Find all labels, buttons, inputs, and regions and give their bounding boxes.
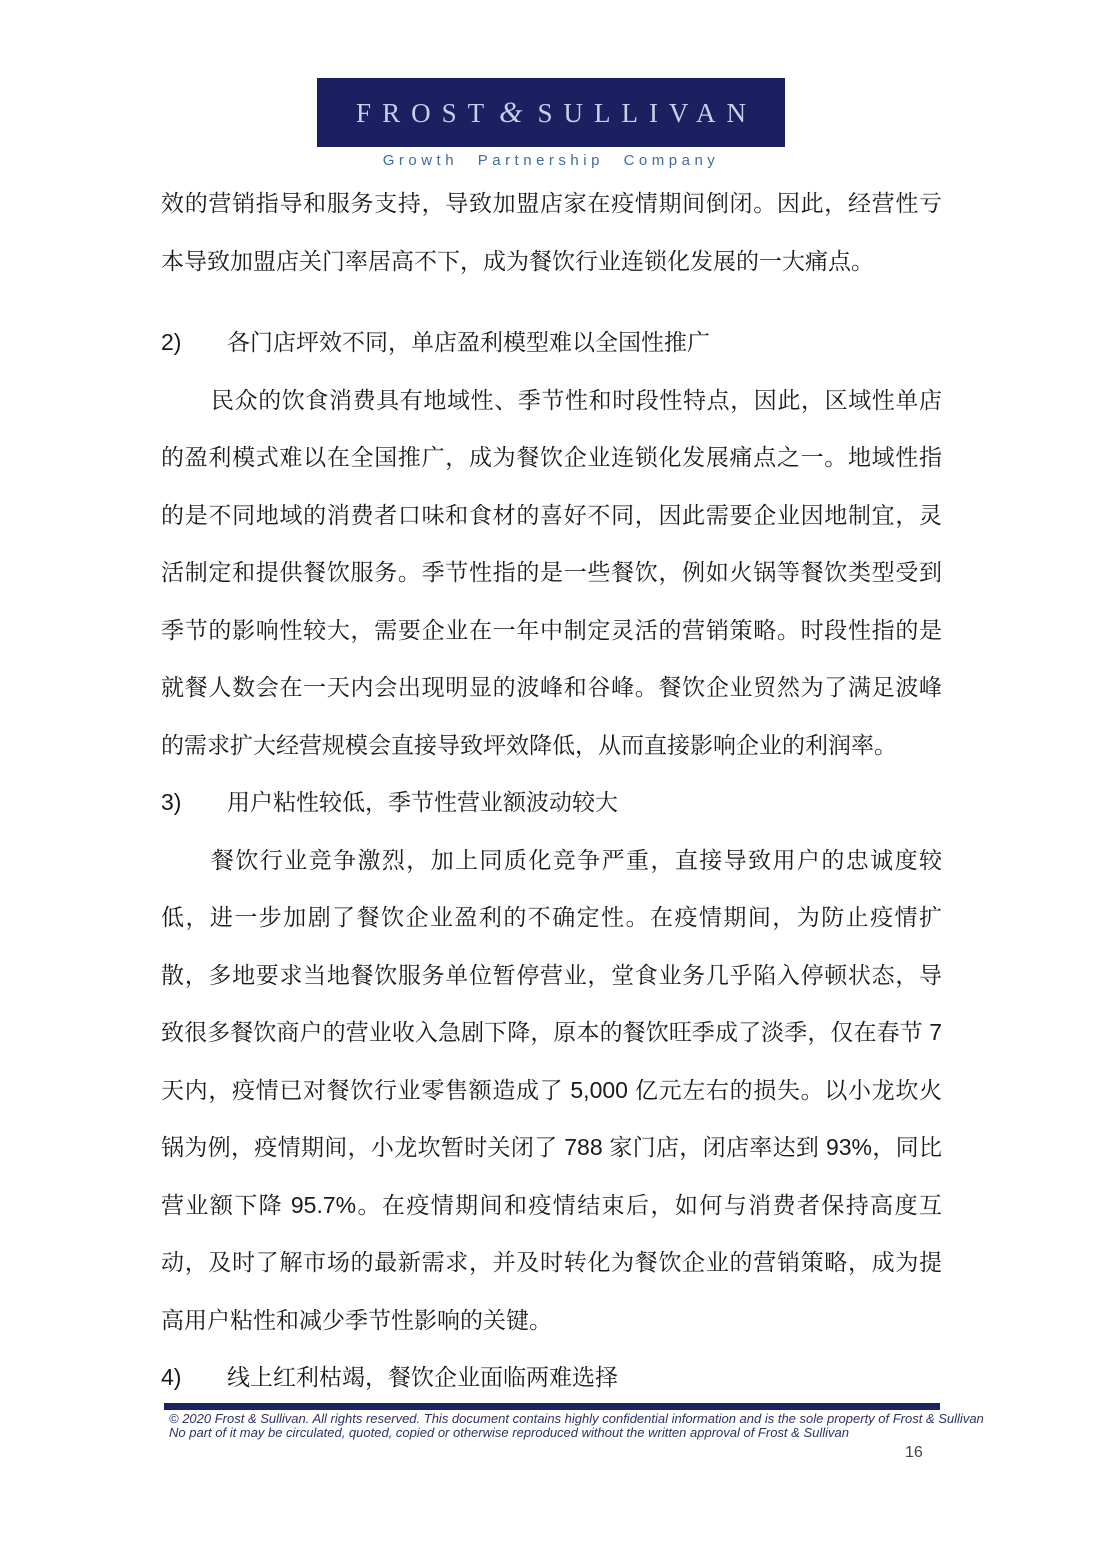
logo-wordmark: FROST&SULLIVAN xyxy=(345,98,757,128)
document-page: FROST&SULLIVAN Growth Partnership Compan… xyxy=(0,0,1102,1559)
paragraph: 餐饮行业竞争激烈，加上同质化竞争严重，直接导致用户的忠诚度较低，进一步加剧了餐饮… xyxy=(161,832,942,1350)
section-heading-4: 4) 线上红利枯竭，餐饮企业面临两难选择 xyxy=(161,1349,942,1407)
section-number: 3) xyxy=(161,774,227,832)
footer-copyright: © 2020 Frost & Sullivan. All rights rese… xyxy=(169,1412,949,1440)
section-heading-3: 3) 用户粘性较低，季节性营业额波动较大 xyxy=(161,774,942,832)
document-body: 效的营销指导和服务支持，导致加盟店家在疫情期间倒闭。因此，经营性亏本导致加盟店关… xyxy=(161,175,942,1407)
logo-word-right: SULLIVAN xyxy=(537,98,757,128)
footer-divider xyxy=(164,1403,940,1410)
logo-word-left: FROST xyxy=(356,98,495,128)
logo-ampersand: & xyxy=(499,96,533,129)
copyright-line-2: No part of it may be circulated, quoted,… xyxy=(169,1426,949,1440)
section-number: 2) xyxy=(161,314,227,372)
logo-tagline: Growth Partnership Company xyxy=(0,152,1102,169)
section-heading-2: 2) 各门店坪效不同，单店盈利模型难以全国性推广 xyxy=(161,314,942,372)
paragraph-continuation: 效的营销指导和服务支持，导致加盟店家在疫情期间倒闭。因此，经营性亏本导致加盟店关… xyxy=(161,175,942,290)
paragraph: 民众的饮食消费具有地域性、季节性和时段性特点，因此，区域性单店的盈利模式难以在全… xyxy=(161,372,942,775)
section-number: 4) xyxy=(161,1349,227,1407)
section-heading-label: 用户粘性较低，季节性营业额波动较大 xyxy=(227,774,618,832)
page-number: 16 xyxy=(905,1444,945,1462)
copyright-line-1: © 2020 Frost & Sullivan. All rights rese… xyxy=(169,1412,949,1426)
section-heading-label: 线上红利枯竭，餐饮企业面临两难选择 xyxy=(227,1349,618,1407)
frost-sullivan-logo: FROST&SULLIVAN xyxy=(317,78,785,147)
section-heading-label: 各门店坪效不同，单店盈利模型难以全国性推广 xyxy=(227,314,710,372)
